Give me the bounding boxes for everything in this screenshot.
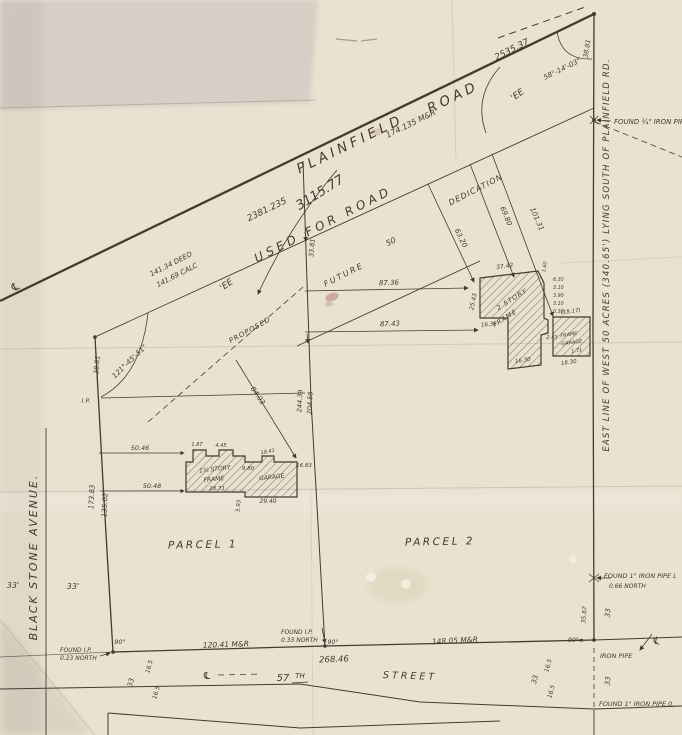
survey-plat-photo: PLAINFIELD ROAD 174.135 M&R 2535.37 2381… [0, 0, 682, 735]
blackstone-name: BLACK STONE AVENUE. [27, 474, 40, 641]
iron-pipe-label: IRON PIPE [600, 652, 633, 660]
east-33-b: 33 [604, 676, 613, 686]
found-ip-center-2: 0.33 NORTH [281, 637, 318, 644]
dim-24439: 244.39 [295, 389, 304, 412]
h1-980: 9.80 [242, 466, 255, 472]
dim-12041: 120.41 M&R [203, 639, 249, 650]
blackstone-33-right: 33' [67, 582, 79, 591]
h2-s390: 3.90 [553, 293, 564, 299]
found-ip-west-1: FOUND I.P. [60, 647, 92, 654]
found-pipe-east-3: FOUND 1" IRON PIPE 0. [599, 700, 674, 708]
h1-187: 1.87 [191, 442, 203, 448]
found-pipe-east-2: 0.66 NORTH [609, 583, 646, 590]
h1-2871: 28.71 [209, 486, 225, 492]
h2-s630: 6.30 [553, 277, 564, 283]
found-pipe-east-1: FOUND 1" IRON PIPE L [604, 572, 677, 580]
dim-20458: 204.58 [305, 391, 314, 414]
street-num: 57 [277, 673, 290, 684]
east-33-a: 33 [604, 608, 613, 618]
east-90pm: 90°± [568, 637, 584, 644]
h1-5048: 50.48 [143, 482, 162, 490]
h1-1683: 16.83 [296, 463, 312, 469]
h1-2940: 29.40 [259, 498, 276, 505]
street-cl-right: ℄ [651, 635, 662, 647]
h1-593: 5.93 [235, 499, 242, 512]
dim-26846: 268.46 [319, 654, 350, 665]
dim-8736: 87.36 [379, 279, 400, 288]
street-sup: TH [295, 672, 305, 680]
paper-background [0, 0, 682, 735]
street-name: STREET [383, 670, 438, 683]
east-line-label: EAST LINE OF WEST 50 ACRES (340.65') LYI… [602, 58, 612, 451]
found-iron-pipe-ne: FOUND ¾" IRON PIPE [614, 118, 682, 126]
h2-243: 2.43 [546, 335, 557, 341]
found-ip-west-2: 0.23 NORTH [60, 655, 97, 662]
parcel-1-label: PARCEL 1 [168, 538, 238, 551]
ip-label: I P. [81, 397, 90, 405]
blackstone-33-left: 33' [7, 581, 19, 590]
plat-svg: PLAINFIELD ROAD 174.135 M&R 2535.37 2381… [0, 0, 682, 735]
h2-s310b: 3.10 [553, 301, 564, 307]
h1-5046: 50.46 [131, 444, 150, 452]
dim-8743: 87.43 [380, 320, 400, 329]
west-90: 90° [114, 638, 126, 646]
dim-3381: 33.81 [307, 238, 317, 257]
parcel-2-label: PARCEL 2 [405, 535, 475, 548]
west-3881: 38.81 [92, 355, 102, 374]
street-cl-left: ℄ [203, 671, 212, 682]
found-ip-center-1: FOUND I.P. [281, 629, 313, 636]
dim-13502: 135.02 [100, 492, 109, 517]
h2-s310a: 3.10 [553, 285, 564, 291]
street-90: 90° [328, 639, 339, 646]
dim-17383: 173.83 [87, 484, 96, 509]
h1-445: 4.45 [215, 443, 226, 449]
